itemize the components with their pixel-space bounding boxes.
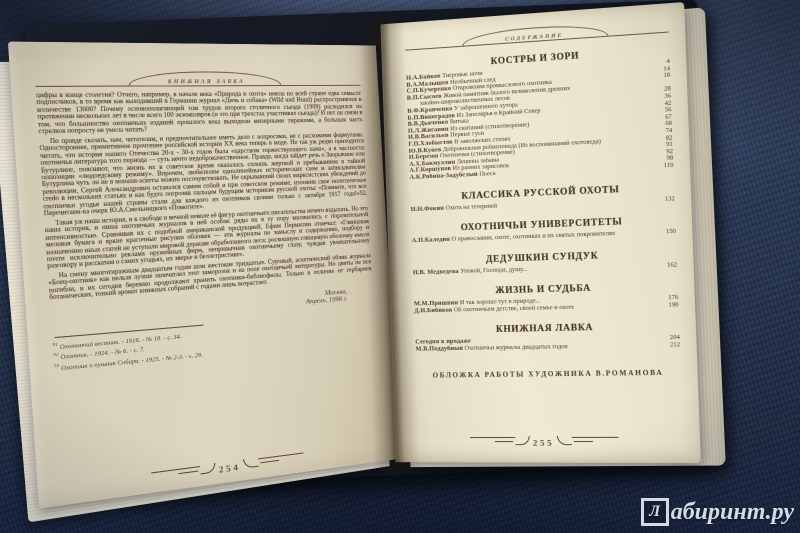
- page-number-ornament: 255: [395, 437, 701, 446]
- running-header-ornament: КНИЖНАЯ ЛАВКА: [34, 69, 360, 87]
- entry-page-number: 18: [653, 73, 671, 81]
- folio-curve-right: [243, 457, 258, 468]
- folio-flourish-right: [258, 452, 304, 467]
- ornament-arc: СОДЕРЖАНИЕ: [462, 22, 608, 47]
- entry-author: Н.В. Медведева: [413, 268, 459, 276]
- entry-author: А.П.Каледин: [412, 236, 450, 244]
- entry-title: Упокой, Господи, душу...: [460, 266, 527, 274]
- entry-page-number: 162: [660, 262, 678, 269]
- entry-title: О православии, охоте, охотниках и их свя…: [451, 231, 615, 243]
- footnote-marker: 51: [52, 341, 58, 347]
- watermark-labirint: Лабиринт.ру: [641, 498, 794, 526]
- ornament-arc: КНИЖНАЯ ЛАВКА: [128, 71, 281, 86]
- page-number: 254: [219, 462, 241, 473]
- cover-artist-note: ОБЛОЖКА РАБОТЫ ХУДОЖНИКА В.РОМАНОВА: [416, 368, 681, 379]
- left-page: КНИЖНАЯ ЛАВКА цифры в конце столетия? От…: [8, 42, 400, 509]
- labirint-text: абиринт.ру: [671, 499, 794, 526]
- folio-curve-left: [200, 463, 216, 475]
- entry-title: Пьеса: [479, 171, 495, 178]
- labirint-logo-icon: Л: [641, 498, 669, 526]
- entry-page-number: 132: [657, 196, 675, 204]
- entry-page-number: 212: [663, 342, 681, 349]
- right-page-contents: СОДЕРЖАНИЕ КОСТРЫ И ЗОРИ Н.А.Байков Тигр…: [380, 2, 700, 463]
- entry-page-number: 150: [658, 229, 676, 237]
- contents-header-label: СОДЕРЖАНИЕ: [505, 33, 563, 44]
- folio-flourish-right: [572, 437, 619, 446]
- body-paragraph: цифры в конце столетия? Отчего, например…: [36, 91, 363, 136]
- folio-curve-left: [515, 436, 530, 445]
- entry-author: М.В.Поддубный: [415, 345, 463, 353]
- entry-title: Охота на тетеревей: [445, 203, 497, 211]
- footnote-marker: 52: [53, 352, 59, 358]
- entry-author: Д.И.Бибиков: [414, 306, 452, 314]
- entry-page-number: 110: [656, 162, 674, 170]
- body-paragraph: По правде сказать, нам, читателям, и пре…: [39, 132, 368, 218]
- running-header-label: КНИЖНАЯ ЛАВКА: [168, 79, 245, 87]
- entry-title: Охотничьи журналы двадцатых годов: [464, 344, 567, 352]
- folio-flourish-left: [151, 466, 200, 482]
- entry-author: Н.Н.Фокин: [411, 204, 445, 212]
- folio-flourish-left: [470, 437, 515, 446]
- page-number: 255: [533, 438, 554, 446]
- entry-page-number: 190: [661, 302, 679, 309]
- folio-curve-right: [557, 436, 572, 445]
- section-title: КНИЖНАЯ ЛАВКА: [415, 320, 680, 336]
- footnote-marker: 53: [54, 362, 60, 368]
- table-of-contents: КОСТРЫ И ЗОРИ Н.А.Байков Тигровые ночи4 …: [406, 44, 681, 353]
